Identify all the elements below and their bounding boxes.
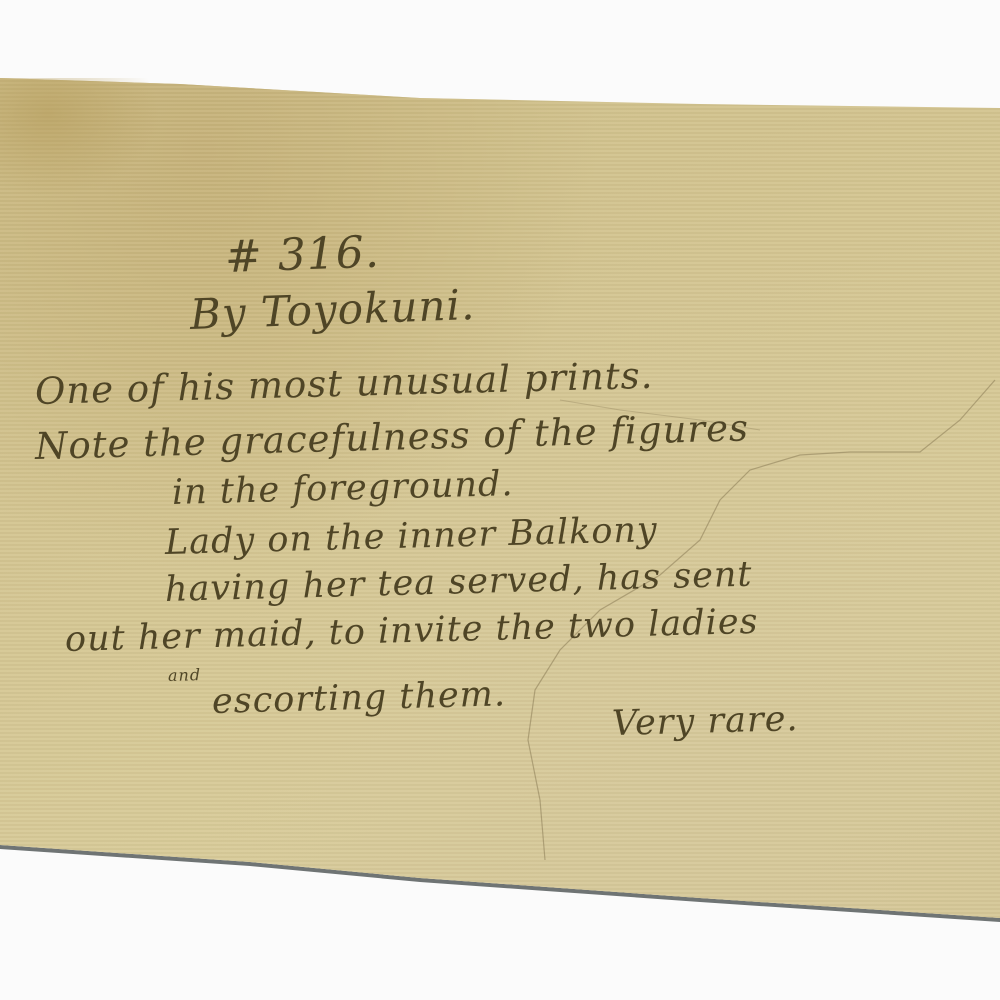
item-number: # 316.: [224, 227, 381, 283]
note-line-7: escorting them.: [211, 674, 506, 722]
rarity-note: Very rare.: [611, 699, 799, 744]
artist-attribution: By Toyokuni.: [189, 280, 476, 339]
note-insertion: and: [168, 665, 202, 685]
